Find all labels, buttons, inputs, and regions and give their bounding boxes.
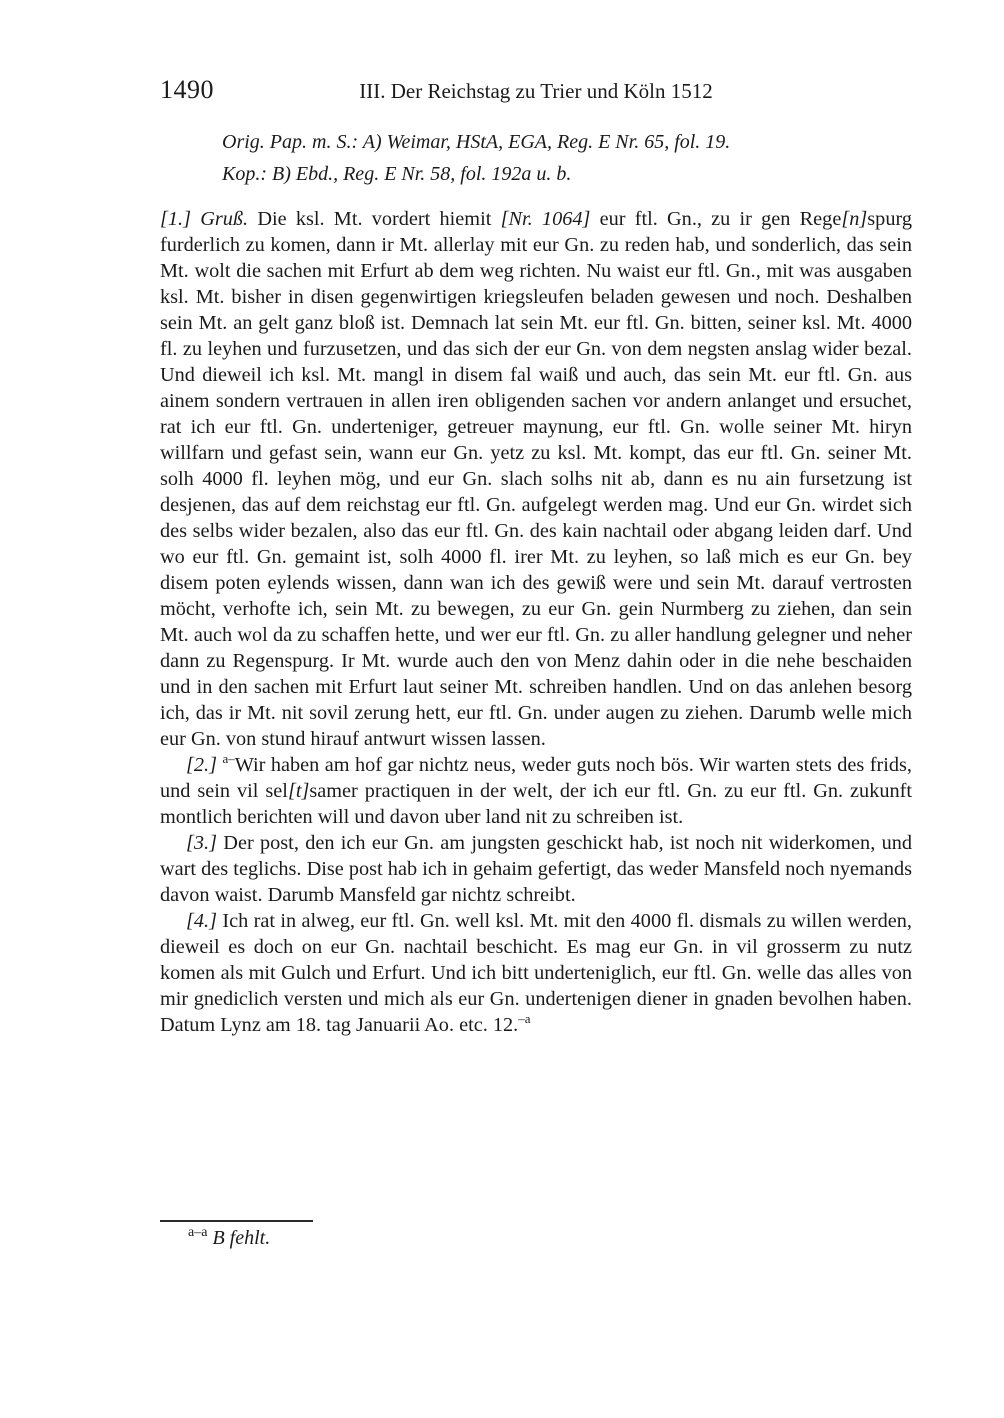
footnote-line: a–aB fehlt. <box>160 1227 912 1250</box>
editorial-italic: [1.] Gruß. <box>160 208 248 230</box>
body-text: Ich rat in alweg, eur ftl. Gn. well ksl.… <box>160 910 912 1036</box>
footnote-marker: a–a <box>188 1225 207 1240</box>
source-note: Orig. Pap. m. S.: A) Weimar, HStA, EGA, … <box>222 126 912 190</box>
page-header: 1490 III. Der Reichstag zu Trier und Köl… <box>160 74 912 104</box>
editorial-italic: [3.] <box>186 832 217 854</box>
running-head: III. Der Reichstag zu Trier und Köln 151… <box>160 79 912 103</box>
body-text: eur ftl. Gn., zu ir gen Rege <box>590 208 841 230</box>
editorial-italic: [n] <box>841 208 867 230</box>
body-paragraph: [2.] a–Wir haben am hof gar nichtz neus,… <box>160 752 912 830</box>
footnote-reference: a– <box>222 751 234 766</box>
footnote-text: B fehlt. <box>212 1227 270 1249</box>
editorial-italic: [t] <box>288 780 309 802</box>
footnote-reference: –a <box>518 1011 530 1026</box>
book-page: 1490 III. Der Reichstag zu Trier und Köl… <box>0 0 1004 1418</box>
editorial-italic: [2.] <box>186 754 217 776</box>
source-note-line-1: Orig. Pap. m. S.: A) Weimar, HStA, EGA, … <box>222 126 912 158</box>
source-note-line-2: Kop.: B) Ebd., Reg. E Nr. 58, fol. 192a … <box>222 158 912 190</box>
body-paragraph: [4.] Ich rat in alweg, eur ftl. Gn. well… <box>160 908 912 1038</box>
editorial-italic: [Nr. 1064] <box>501 208 591 230</box>
text-block: 1490 III. Der Reichstag zu Trier und Köl… <box>160 74 912 1038</box>
footnote-rule <box>160 1220 313 1222</box>
body-text: spurg furderlich zu komen, dann ir Mt. a… <box>160 208 912 750</box>
body-paragraphs: [1.] Gruß. Die ksl. Mt. vordert hiemit [… <box>160 206 912 1038</box>
body-paragraph: [3.] Der post, den ich eur Gn. am jungst… <box>160 830 912 908</box>
body-paragraph: [1.] Gruß. Die ksl. Mt. vordert hiemit [… <box>160 206 912 752</box>
footnote: a–aB fehlt. <box>160 1220 912 1250</box>
body-text: Der post, den ich eur Gn. am jungsten ge… <box>160 832 912 906</box>
editorial-italic: [4.] <box>186 910 217 932</box>
body-text: Die ksl. Mt. vordert hiemit <box>248 208 500 230</box>
